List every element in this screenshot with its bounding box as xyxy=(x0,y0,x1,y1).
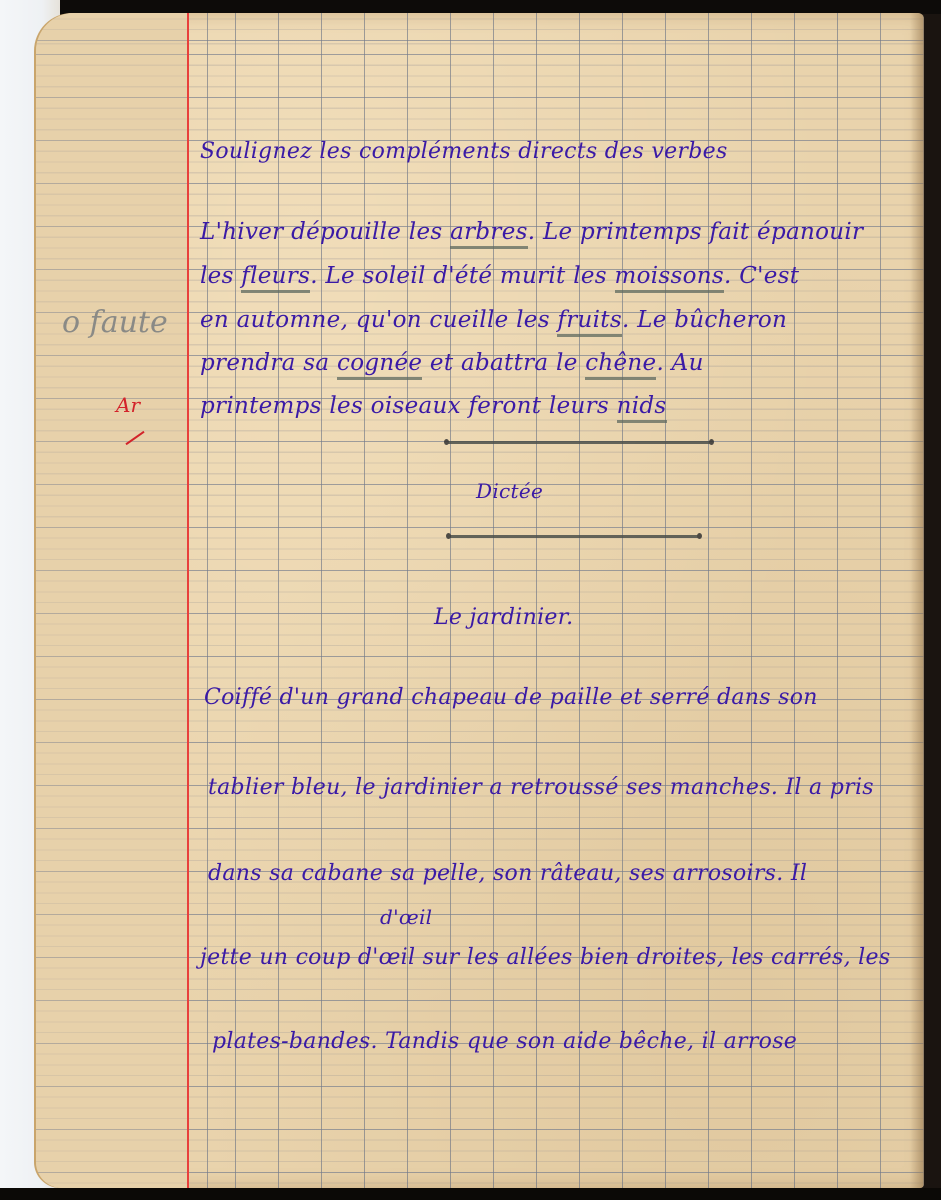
red-margin-line xyxy=(187,13,189,1188)
dictation-title: Le jardinier. xyxy=(434,605,573,630)
dictation-line-5: plates-bandes. Tandis que son aide bêche… xyxy=(212,1029,797,1054)
top-divider-rule xyxy=(446,441,712,444)
underlined-object: moissons xyxy=(615,263,724,293)
dictation-line-2: tablier bleu, le jardinier a retroussé s… xyxy=(208,775,874,800)
text: . Au xyxy=(656,350,703,376)
underlined-object: arbres xyxy=(450,219,528,249)
text: en automne, qu'on cueille les xyxy=(200,307,557,333)
text: . Le printemps fait épanouir xyxy=(528,219,864,245)
dictation-line-4: jette un coup d'œil sur les allées bien … xyxy=(200,945,890,970)
text: . Le soleil d'été murit les xyxy=(310,263,614,289)
margin-area xyxy=(36,13,187,1188)
text: printemps les oiseaux feront leurs xyxy=(200,393,617,419)
text: . Le bûcheron xyxy=(622,307,787,333)
exercise-instruction: Soulignez les compléments directs des ve… xyxy=(200,139,728,164)
exercise-line-2: les fleurs. Le soleil d'été murit les mo… xyxy=(200,263,799,289)
scanner-bottom-edge xyxy=(0,1188,941,1200)
scanner-top-edge xyxy=(60,0,941,14)
red-margin-mark: Ar xyxy=(116,393,140,417)
dictation-line-3: dans sa cabane sa pelle, son râteau, ses… xyxy=(208,861,807,886)
dictation-correction: d'œil xyxy=(380,905,432,929)
underlined-object: fleurs xyxy=(241,263,310,293)
text: les xyxy=(200,263,241,289)
notebook-page: Soulignez les compléments directs des ve… xyxy=(36,13,924,1188)
underlined-object: fruits xyxy=(557,307,622,337)
dictation-line-1: Coiffé d'un grand chapeau de paille et s… xyxy=(204,685,818,710)
page-edge-shadow xyxy=(910,13,924,1188)
text: prendra sa xyxy=(200,350,337,376)
text: . C'est xyxy=(724,263,799,289)
exercise-line-1: L'hiver dépouille les arbres. Le printem… xyxy=(200,219,863,245)
underlined-object: nids xyxy=(617,393,667,423)
bottom-divider-rule xyxy=(448,535,700,538)
exercise-line-4: prendra sa cognée et abattra le chêne. A… xyxy=(200,350,704,376)
text: L'hiver dépouille les xyxy=(200,219,450,245)
exercise-line-3: en automne, qu'on cueille les fruits. Le… xyxy=(200,307,787,333)
text: et abattra le xyxy=(422,350,585,376)
exercise-line-5: printemps les oiseaux feront leurs nids xyxy=(200,393,667,419)
pencil-margin-note: o faute xyxy=(62,305,168,340)
section-heading: Dictée xyxy=(476,479,543,503)
underlined-object: chêne xyxy=(585,350,656,380)
underlined-object: cognée xyxy=(337,350,422,380)
